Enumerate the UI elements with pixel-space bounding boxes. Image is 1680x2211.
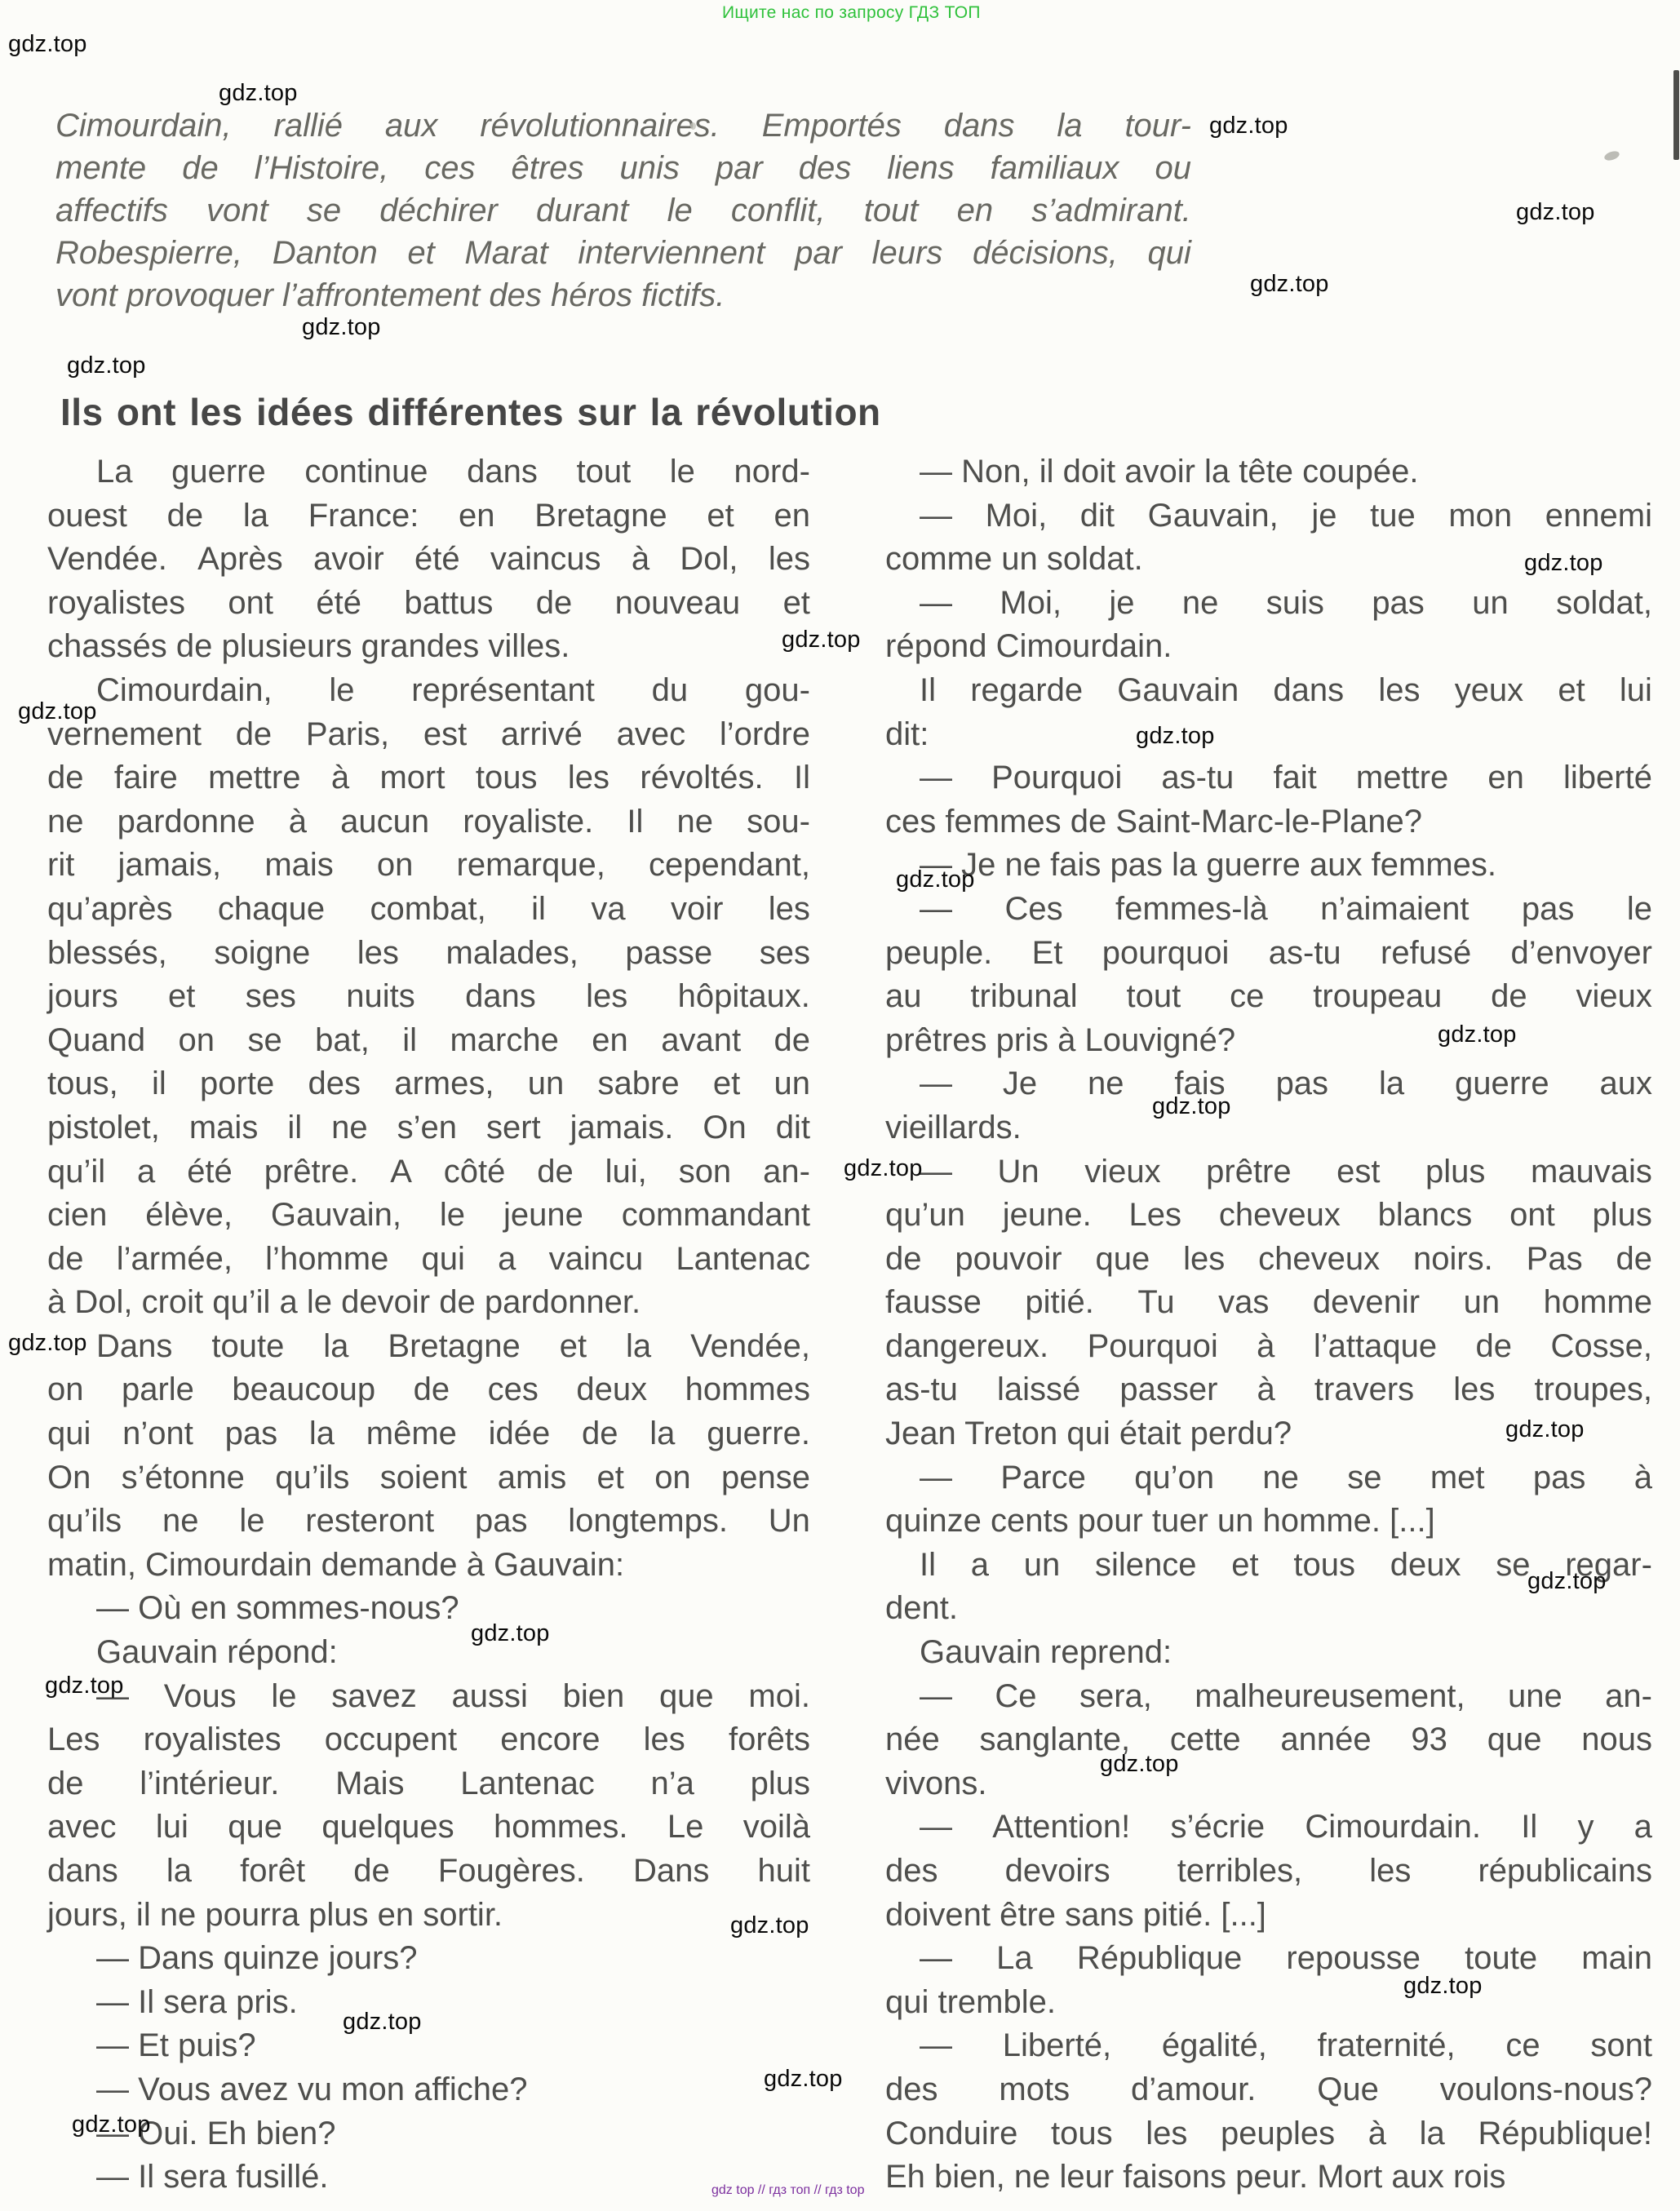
word: êtres <box>512 147 584 189</box>
word: vieux <box>1576 975 1652 1019</box>
word: qui <box>422 1238 465 1282</box>
word: dans <box>1273 669 1344 713</box>
word: as-tu <box>1161 756 1234 800</box>
word: déchirer <box>379 189 498 232</box>
word: as-tu <box>1269 932 1341 976</box>
word: aux <box>1600 1062 1653 1106</box>
scan-artifact <box>1603 149 1620 162</box>
word: pas <box>1522 888 1575 932</box>
watermark-text: gdz.top <box>1438 1021 1517 1048</box>
word: pense <box>721 1456 810 1500</box>
word: a <box>137 1150 155 1194</box>
word: Lantenac <box>676 1238 810 1282</box>
text-line: avecluiquequelqueshommes.Levoilà <box>47 1806 810 1850</box>
word: on <box>654 1456 691 1500</box>
word: en <box>774 494 810 538</box>
word: côté <box>444 1150 506 1194</box>
word: tous <box>1051 2112 1113 2156</box>
word: le <box>239 1500 264 1544</box>
word: homme <box>1544 1281 1652 1325</box>
word: prêtre. <box>264 1150 359 1194</box>
word: de <box>774 1019 810 1063</box>
word: une <box>1508 1675 1563 1719</box>
word: n’a <box>651 1762 694 1806</box>
word: qu’ils <box>47 1500 122 1544</box>
word: à <box>1634 1456 1652 1500</box>
word: femmes-là <box>1115 888 1268 932</box>
word: Marat <box>464 232 547 274</box>
text-line: tous,ilportedesarmes,unsabreetun <box>47 1062 810 1106</box>
word: un <box>1024 1544 1061 1588</box>
word: même <box>366 1412 457 1456</box>
word: avant <box>661 1019 741 1063</box>
word: de <box>182 147 219 189</box>
word: cheveux <box>1258 1238 1380 1282</box>
scan-artifact <box>690 122 696 130</box>
word: Mais <box>335 1762 404 1806</box>
word: forêts <box>729 1718 810 1762</box>
text-line: vont provoquer l’affrontement des héros … <box>55 274 1191 317</box>
word: sou- <box>747 800 810 844</box>
word: on <box>179 1019 215 1063</box>
word: Tu <box>1137 1281 1174 1325</box>
word: passe <box>625 932 712 976</box>
word: un <box>1464 1281 1500 1325</box>
word: jeune. <box>1003 1194 1092 1238</box>
word: et <box>407 232 434 274</box>
text-line: ouestdelaFrance:enBretagneeten <box>47 494 810 538</box>
word: pas <box>1276 1062 1329 1106</box>
word: pouvoir <box>955 1238 1062 1282</box>
word: interviennent <box>578 232 765 274</box>
word: Il <box>794 756 810 800</box>
word: les <box>1369 1850 1411 1894</box>
word: la <box>649 1412 675 1456</box>
watermark-text: gdz.top <box>8 31 87 58</box>
text-line: prêtres pris à Louvigné? <box>885 1019 1652 1063</box>
word: ouest <box>47 494 127 538</box>
word: fausse <box>885 1281 982 1325</box>
word: royalistes <box>144 1718 281 1762</box>
word: du <box>652 669 689 713</box>
word: mettre <box>1356 756 1448 800</box>
scan-artifact <box>1673 70 1679 160</box>
text-line: Gauvain répond: <box>47 1631 810 1675</box>
word: ou <box>1155 147 1191 189</box>
word: mots <box>999 2068 1070 2112</box>
word: la <box>1057 104 1082 147</box>
text-line: —Cesfemmes-làn’aimaientpasle <box>885 888 1652 932</box>
word: ces <box>424 147 475 189</box>
watermark-text: gdz.top <box>1250 271 1329 298</box>
word: hommes. <box>494 1806 628 1850</box>
word: un <box>774 1062 810 1106</box>
word: liberté <box>1563 756 1652 800</box>
word: La <box>996 1937 1033 1981</box>
word: dans <box>465 975 536 1019</box>
watermark-text: gdz.top <box>8 1330 87 1357</box>
word: troupes, <box>1534 1368 1652 1412</box>
word: — <box>920 756 952 800</box>
word: — <box>920 1806 952 1850</box>
word: combat, <box>370 888 485 932</box>
word: l’ordre <box>720 713 810 757</box>
watermark-text: gdz.top <box>219 80 298 107</box>
word: guerre. <box>707 1412 810 1456</box>
word: malheureusement, <box>1195 1675 1465 1719</box>
word: représentant <box>411 669 595 713</box>
word: — <box>920 1456 952 1500</box>
word: est <box>423 713 467 757</box>
word: Gauvain, <box>271 1194 401 1238</box>
word: des <box>885 1850 938 1894</box>
word: l’intérieur. <box>140 1762 279 1806</box>
word: par <box>795 232 842 274</box>
word: va <box>591 888 625 932</box>
text-line: —Parcequ’onnesemetpasà <box>885 1456 1652 1500</box>
word: sert <box>486 1106 541 1150</box>
word: marche <box>450 1019 558 1063</box>
word: ce <box>1505 2024 1540 2068</box>
word: Bretagne <box>388 1325 520 1369</box>
word: ce <box>1230 975 1264 1019</box>
word: tue <box>1370 494 1416 538</box>
promo-header-note: Ищите нас по запросу ГДЗ ТОП <box>722 3 981 23</box>
word: ses <box>760 932 810 976</box>
word: nous <box>1581 1718 1652 1762</box>
word: amis <box>498 1456 566 1500</box>
word: des <box>885 2068 938 2112</box>
text-line: Eh bien, ne leur faisons peur. Mort aux … <box>885 2156 1652 2200</box>
text-line: desdevoirsterribles,lesrépublicains <box>885 1850 1652 1894</box>
word: que <box>1487 1718 1542 1762</box>
word: Liberté, <box>1003 2024 1111 2068</box>
word: et <box>707 494 734 538</box>
word: été <box>414 538 460 582</box>
text-line: ces femmes de Saint-Marc-le-Plane? <box>885 800 1652 844</box>
word: il <box>531 888 546 932</box>
word: blancs <box>1378 1194 1473 1238</box>
word: à <box>331 756 349 800</box>
word: peuple. <box>885 932 992 976</box>
word: et <box>713 1062 740 1106</box>
word: terribles, <box>1177 1850 1302 1894</box>
word: Les <box>47 1718 100 1762</box>
word: Cosse, <box>1550 1325 1652 1369</box>
word: silence <box>1095 1544 1197 1588</box>
watermark-text: gdz.top <box>730 1912 809 1939</box>
word: un <box>528 1062 565 1106</box>
text-line: — Il sera fusillé. <box>47 2156 810 2200</box>
word: les <box>568 756 609 800</box>
word: met <box>1430 1456 1485 1500</box>
word: révolutionnaires. <box>480 104 720 147</box>
watermark-text: gdz.top <box>67 352 146 379</box>
word: as-tu <box>885 1368 958 1412</box>
word: encore <box>500 1718 600 1762</box>
watermark-text: gdz.top <box>18 698 97 725</box>
word: pas <box>225 1412 278 1456</box>
word: quelques <box>321 1806 454 1850</box>
text-line: del’intérieur.MaisLantenacn’aplus <box>47 1762 810 1806</box>
text-line: blessés,soignelesmalades,passeses <box>47 932 810 976</box>
word: il <box>287 1106 302 1150</box>
word: et <box>1558 669 1585 713</box>
word: suis <box>1266 582 1324 626</box>
word: passer <box>1119 1368 1217 1412</box>
word: Quand <box>47 1019 145 1063</box>
word: au <box>885 975 922 1019</box>
text-line: royalistesontétébattusdenouveauet <box>47 582 810 626</box>
word: Cimourdain, <box>55 104 232 147</box>
word: Moi, <box>986 494 1048 538</box>
text-line: —Unvieuxprêtreestplusmauvais <box>885 1150 1652 1194</box>
word: affectifs <box>55 189 168 232</box>
word: Bretagne <box>534 494 667 538</box>
word: — <box>920 1937 952 1981</box>
word: chaque <box>218 888 325 932</box>
word: plus <box>1425 1150 1485 1194</box>
word: s’en <box>397 1106 457 1150</box>
section-heading: Ils ont les idées différentes sur la rév… <box>60 390 881 434</box>
word: Dol, <box>680 538 738 582</box>
text-line: ConduiretouslespeuplesàlaRépublique! <box>885 2112 1652 2156</box>
word: ne <box>1262 1456 1299 1500</box>
word: dangereux. <box>885 1325 1048 1369</box>
word: a <box>498 1238 516 1282</box>
word: de <box>1476 1325 1513 1369</box>
text-column-right: — Non, il doit avoir la tête coupée.—Moi… <box>885 450 1652 2200</box>
word: Pourquoi <box>1088 1325 1218 1369</box>
word: tous <box>476 756 538 800</box>
word: en <box>592 1019 628 1063</box>
word: mais <box>264 844 333 888</box>
word: lui <box>156 1806 188 1850</box>
word: se <box>1347 1456 1381 1500</box>
word: année <box>1280 1718 1371 1762</box>
text-line: Ons’étonnequ’ilssoientamisetonpense <box>47 1456 810 1500</box>
text-line: — Et puis? <box>47 2024 810 2068</box>
word: la <box>166 1850 192 1894</box>
word: n’aimaient <box>1320 888 1469 932</box>
text-line: Laguerrecontinuedanstoutlenord- <box>47 450 810 494</box>
text-line: matin, Cimourdain demande à Gauvain: <box>47 1544 810 1588</box>
text-line: —LaRépubliquerepoussetoutemain <box>885 1937 1652 1981</box>
word: Gauvain, <box>1148 494 1279 538</box>
word: mente <box>55 147 146 189</box>
watermark-text: gdz.top <box>1136 723 1215 750</box>
word: ne <box>47 800 84 844</box>
word: été <box>316 582 361 626</box>
text-line: — Je ne fais pas la guerre aux femmes. <box>885 844 1652 888</box>
word: les <box>644 1718 685 1762</box>
word: peuples <box>1221 2112 1335 2156</box>
word: l’Histoire, <box>255 147 388 189</box>
watermark-text: gdz.top <box>1209 113 1288 140</box>
word: Et <box>1032 932 1063 976</box>
text-line: — Vous avez vu mon affiche? <box>47 2068 810 2112</box>
word: Dans <box>96 1325 172 1369</box>
word: — <box>920 494 952 538</box>
word: en <box>1487 756 1524 800</box>
text-line: —Vouslesavezaussibienquemoi. <box>47 1675 810 1719</box>
word: se <box>247 1019 281 1063</box>
watermark-text: gdz.top <box>896 866 975 893</box>
word: le <box>1627 888 1652 932</box>
word: ne <box>331 1106 368 1150</box>
word: France: <box>308 494 419 538</box>
word: s’écrie <box>1170 1806 1265 1850</box>
word: n’ont <box>122 1412 193 1456</box>
word: Pourquoi <box>991 756 1122 800</box>
word: rallié <box>274 104 343 147</box>
word: et <box>1231 1544 1258 1588</box>
word: yeux <box>1455 669 1524 713</box>
word: à <box>1257 1368 1275 1412</box>
word: ne <box>162 1500 199 1544</box>
watermark-text: gdz.top <box>343 2009 422 2036</box>
word: Un <box>769 1500 810 1544</box>
word: ses <box>246 975 296 1019</box>
word: qui <box>47 1412 91 1456</box>
word: mais <box>189 1106 258 1150</box>
word: les <box>1453 1368 1495 1412</box>
word: dans <box>944 104 1015 147</box>
word: dit <box>1080 494 1115 538</box>
word: forêt <box>240 1850 305 1894</box>
watermark-text: gdz.top <box>1403 1973 1483 2000</box>
text-line: dangereux.Pourquoiàl’attaquedeCosse, <box>885 1325 1652 1369</box>
word: repousse <box>1286 1937 1421 1981</box>
word: a <box>1634 1806 1652 1850</box>
word: l’homme <box>265 1238 388 1282</box>
text-line: Robespierre,DantonetMaratinterviennentpa… <box>55 232 1191 274</box>
word: Cimourdain, <box>96 669 273 713</box>
word: beaucoup <box>232 1368 375 1412</box>
word: plus <box>1593 1194 1652 1238</box>
word: sera, <box>1079 1675 1152 1719</box>
word: jours <box>47 975 118 1019</box>
text-line: quinze cents pour tuer un homme. [...] <box>885 1500 1652 1544</box>
word: — <box>920 2024 952 2068</box>
word: an- <box>1605 1675 1652 1719</box>
watermark-text: gdz.top <box>844 1155 923 1182</box>
word: toute <box>211 1325 284 1369</box>
word: la <box>1379 1062 1404 1106</box>
word: qu’ils <box>275 1456 349 1500</box>
word: prêtre <box>1206 1150 1292 1194</box>
text-line: onparlebeaucoupdecesdeuxhommes <box>47 1368 810 1412</box>
watermark-text: gdz.top <box>72 2111 151 2138</box>
word: République! <box>1478 2112 1652 2156</box>
word: savez <box>331 1675 417 1719</box>
word: je <box>1109 582 1134 626</box>
watermark-text: gdz.top <box>764 2066 843 2093</box>
text-line: affectifsvontsedéchirerdurantleconflit,t… <box>55 189 1191 232</box>
word: ces <box>488 1368 539 1412</box>
word: de <box>414 1368 450 1412</box>
word: à <box>632 538 649 582</box>
word: Robespierre, <box>55 232 242 274</box>
word: huit <box>758 1850 811 1894</box>
word: se <box>1496 1544 1530 1588</box>
word: tribunal <box>970 975 1077 1019</box>
word: à <box>289 800 307 844</box>
word: Ce <box>995 1675 1036 1719</box>
text-line: — Non, il doit avoir la tête coupée. <box>885 450 1652 494</box>
watermark-text: gdz.top <box>1100 1751 1179 1778</box>
word: de <box>536 582 573 626</box>
word: que <box>228 1806 282 1850</box>
word: est <box>1336 1150 1380 1194</box>
word: que <box>1095 1238 1150 1282</box>
word: moi. <box>748 1675 810 1719</box>
word: il <box>152 1062 166 1106</box>
word: pas <box>1372 582 1425 626</box>
word: ont <box>1509 1194 1555 1238</box>
word: ne <box>1182 582 1219 626</box>
word: les <box>1378 669 1420 713</box>
word: de <box>582 1412 618 1456</box>
word: soldat, <box>1556 582 1652 626</box>
text-line: — Dans quinze jours? <box>47 1937 810 1981</box>
word: son <box>679 1150 732 1194</box>
text-line: peuple.Etpourquoias-turefuséd’envoyer <box>885 932 1652 976</box>
word: Les <box>1129 1194 1182 1238</box>
word: des <box>799 147 852 189</box>
word: blessés, <box>47 932 167 976</box>
word: a <box>971 1544 989 1588</box>
word: des <box>308 1062 361 1106</box>
word: idée <box>489 1412 551 1456</box>
word: à <box>1257 1325 1274 1369</box>
word: ne <box>677 800 714 844</box>
word: mettre <box>208 756 300 800</box>
intro-paragraph: Cimourdain,ralliéauxrévolutionnaires.Emp… <box>55 104 1191 317</box>
word: d’envoyer <box>1511 932 1652 976</box>
word: mort <box>379 756 445 800</box>
word: se <box>307 189 341 232</box>
word: Après <box>197 538 283 582</box>
watermark-text: gdz.top <box>782 627 861 654</box>
word: fraternité, <box>1318 2024 1456 2068</box>
word: républicains <box>1478 1850 1651 1894</box>
word: le <box>440 1194 465 1238</box>
word: tout <box>864 189 919 232</box>
text-line: — Oui. Eh bien? <box>47 2112 810 2156</box>
text-line: qu’ilsneleresterontpaslongtemps.Un <box>47 1500 810 1544</box>
word: Je <box>1003 1062 1037 1106</box>
text-line: Lesroyalistesoccupentencorelesforêts <box>47 1718 810 1762</box>
word: voilà <box>743 1806 810 1850</box>
text-line: as-tulaissépasseràtraverslestroupes, <box>885 1368 1652 1412</box>
text-line: qu’unjeune.Lescheveuxblancsontplus <box>885 1194 1652 1238</box>
word: hommes <box>685 1368 810 1412</box>
text-line: —Pourquoias-tufaitmettreenliberté <box>885 756 1652 800</box>
word: l’armée, <box>117 1238 233 1282</box>
word: pas <box>1533 1456 1586 1500</box>
text-line: doivent être sans pitié. [...] <box>885 1894 1652 1938</box>
text-line: ritjamais,maisonremarque,cependant, <box>47 844 810 888</box>
word: aucun <box>340 800 429 844</box>
text-line: del’armée,l’hommequiavaincuLantenac <box>47 1238 810 1282</box>
word: un <box>1472 582 1509 626</box>
watermark-text: gdz.top <box>1152 1093 1231 1120</box>
word: pitié. <box>1025 1281 1094 1325</box>
word: battus <box>404 582 493 626</box>
word: Emportés <box>762 104 902 147</box>
word: devoirs <box>1005 1850 1110 1894</box>
